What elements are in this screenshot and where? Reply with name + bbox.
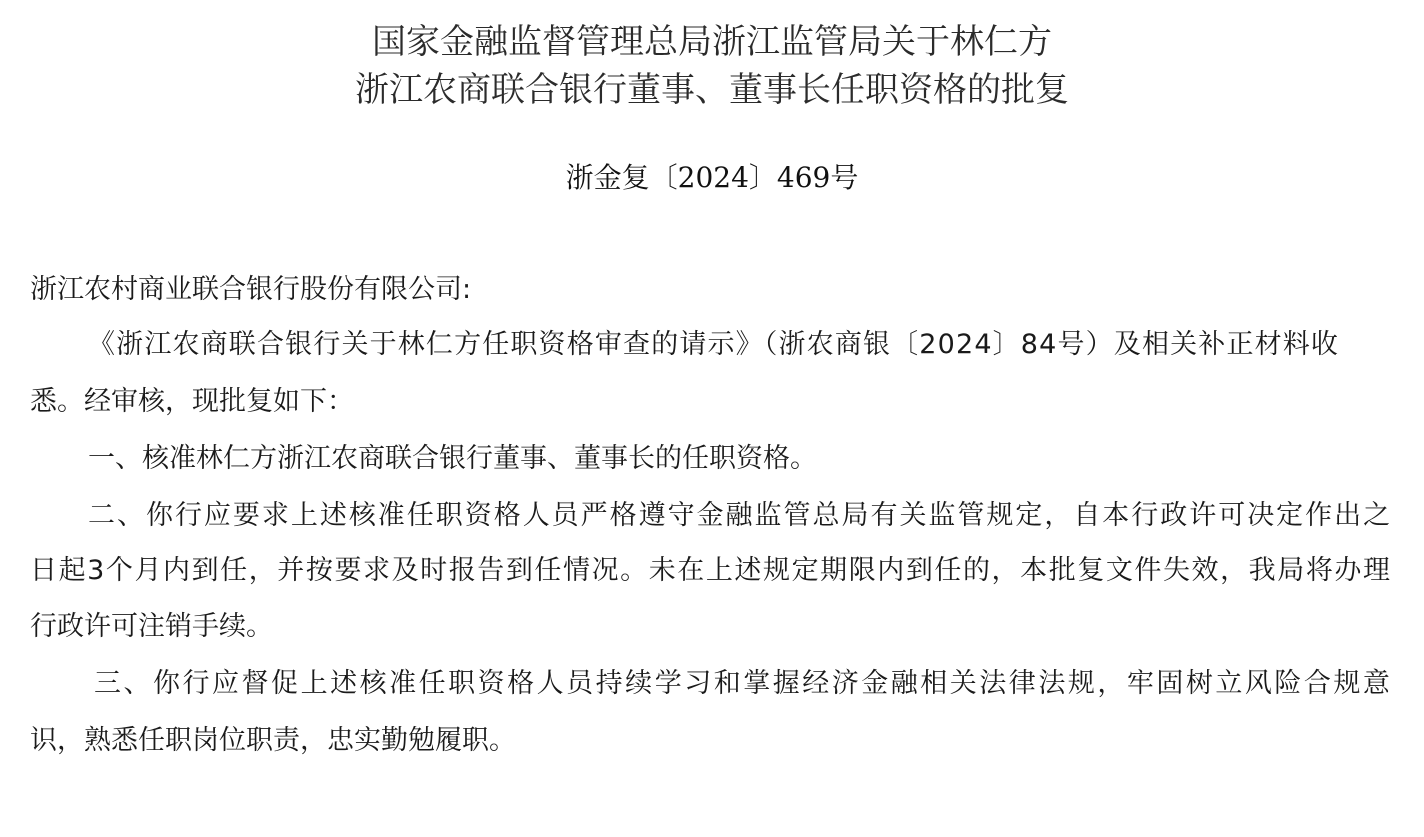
- item-2-line-2: 日起3个月内到任，并按要求及时报告到任情况。未在上述规定期限内到任的，本批复文件…: [30, 551, 1392, 591]
- intro-paragraph-line-1: 《浙江农商联合银行关于林仁方任职资格审查的请示》（浙农商银〔2024〕84号）及…: [88, 325, 1339, 365]
- item-2-line-3: 行政许可注销手续。: [30, 607, 273, 647]
- item-1-line-1: 一、核准林仁方浙江农商联合银行董事、董事长的任职资格。: [88, 439, 817, 479]
- document-number: 浙金复〔2024〕469号: [0, 158, 1424, 198]
- item-3-line-1: 三、你行应督促上述核准任职资格人员持续学习和掌握经济金融相关法律法规，牢固树立风…: [94, 664, 1392, 704]
- document-title-line-1: 国家金融监督管理总局浙江监管局关于林仁方: [0, 18, 1424, 66]
- item-3-line-2: 识，熟悉任职岗位职责，忠实勤勉履职。: [30, 721, 516, 761]
- addressee: 浙江农村商业联合银行股份有限公司:: [30, 270, 471, 310]
- item-2-line-1: 二、你行应要求上述核准任职资格人员严格遵守金融监管总局有关监管规定，自本行政许可…: [88, 496, 1392, 536]
- document-title-line-2: 浙江农商联合银行董事、董事长任职资格的批复: [0, 66, 1424, 114]
- intro-paragraph-line-2: 悉。经审核，现批复如下：: [30, 382, 354, 422]
